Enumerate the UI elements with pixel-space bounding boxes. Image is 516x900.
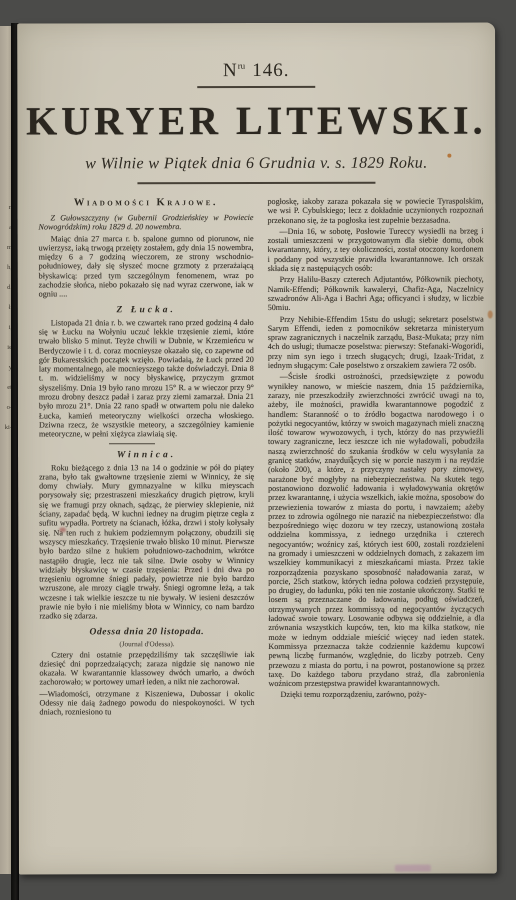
section-separator-rule <box>109 443 155 444</box>
winnica-paragraph: Roku bieżącego z dnia 13 na 14 o godzini… <box>39 463 254 621</box>
issue-number: 146. <box>252 60 289 81</box>
section-heading-luck: Z Łucka. <box>39 305 254 315</box>
issue-superscript: ru <box>238 61 246 71</box>
odessa-paragraph-1: Cztery dni ostatnie przepędziliśmy tak s… <box>39 650 254 688</box>
section-heading-winnica: Winnica. <box>39 450 254 460</box>
dateline: w Wilnie w Piątek dnia 6 Grudnia v. s. 1… <box>17 155 495 174</box>
paper-stain <box>59 527 66 532</box>
issue-number-line: Nru146. <box>17 60 495 83</box>
luck-paragraph: Listopada 21 dnia r. b. we czwartek rano… <box>39 318 254 439</box>
newspaper-page: Nru146. KURYER LITEWSKI. w Wilnie w Piąt… <box>17 23 497 875</box>
paper-stain <box>447 154 451 158</box>
continuation-paragraph: pogłoskę, iakoby zaraza pokazała się w p… <box>267 197 483 225</box>
nehibe-effendi-retinue-paragraph: Przy Nehibie-Effendim 15stu do usługi; s… <box>268 314 484 370</box>
gulowszczyzna-dateline-paragraph: Z Gułowszczyzny (w Gubernii Grodzieńskie… <box>39 213 254 232</box>
paper-stain <box>488 311 493 319</box>
masthead-rule-top <box>197 86 315 88</box>
odessa-source-note: (Journal d'Odessa). <box>39 640 254 648</box>
quarantine-measures-paragraph: —Ścisłe środki ostrożności, przedsięwzię… <box>268 372 485 689</box>
photographed-book-background: r. a m h, d. ł. i, ie y et o- ki- Nru146… <box>0 0 516 900</box>
section-heading-odessa: Odessa dnia 20 listopada. <box>39 627 254 637</box>
masthead: Nru146. KURYER LITEWSKI. w Wilnie w Piąt… <box>17 60 495 185</box>
library-stamp-mark <box>395 865 431 872</box>
left-column: Wiadomości Krajowe. Z Gułowszczyzny (w G… <box>38 197 254 719</box>
gulowszczyzna-paragraph: Maiąc dnia 27 marca r. b. spalone gumno … <box>39 234 254 300</box>
issue-prefix: N <box>223 60 238 81</box>
newspaper-title: KURYER LITEWSKI. <box>17 97 495 145</box>
paper-stain <box>350 456 353 459</box>
article-columns: Wiadomości Krajowe. Z Gułowszczyzny (w G… <box>17 184 496 720</box>
section-heading-domestic-news: Wiadomości Krajowe. <box>38 197 253 208</box>
halil-pasha-retinue-paragraph: Przy Halilu-Baszy czterech Adjutantów, P… <box>268 275 484 313</box>
right-column: pogłoskę, iakoby zaraza pokazała się w p… <box>267 197 484 702</box>
closing-partial-line: Dzięki temu rozporządzeniu, zarówno, poż… <box>269 690 485 700</box>
turkish-envoys-paragraph: —Dnia 16, w sobotę, Posłowie Tureccy wys… <box>268 226 484 273</box>
odessa-paragraph-2: —Wiadomości, otrzymane z Kiszeniewa, Dub… <box>40 689 255 717</box>
